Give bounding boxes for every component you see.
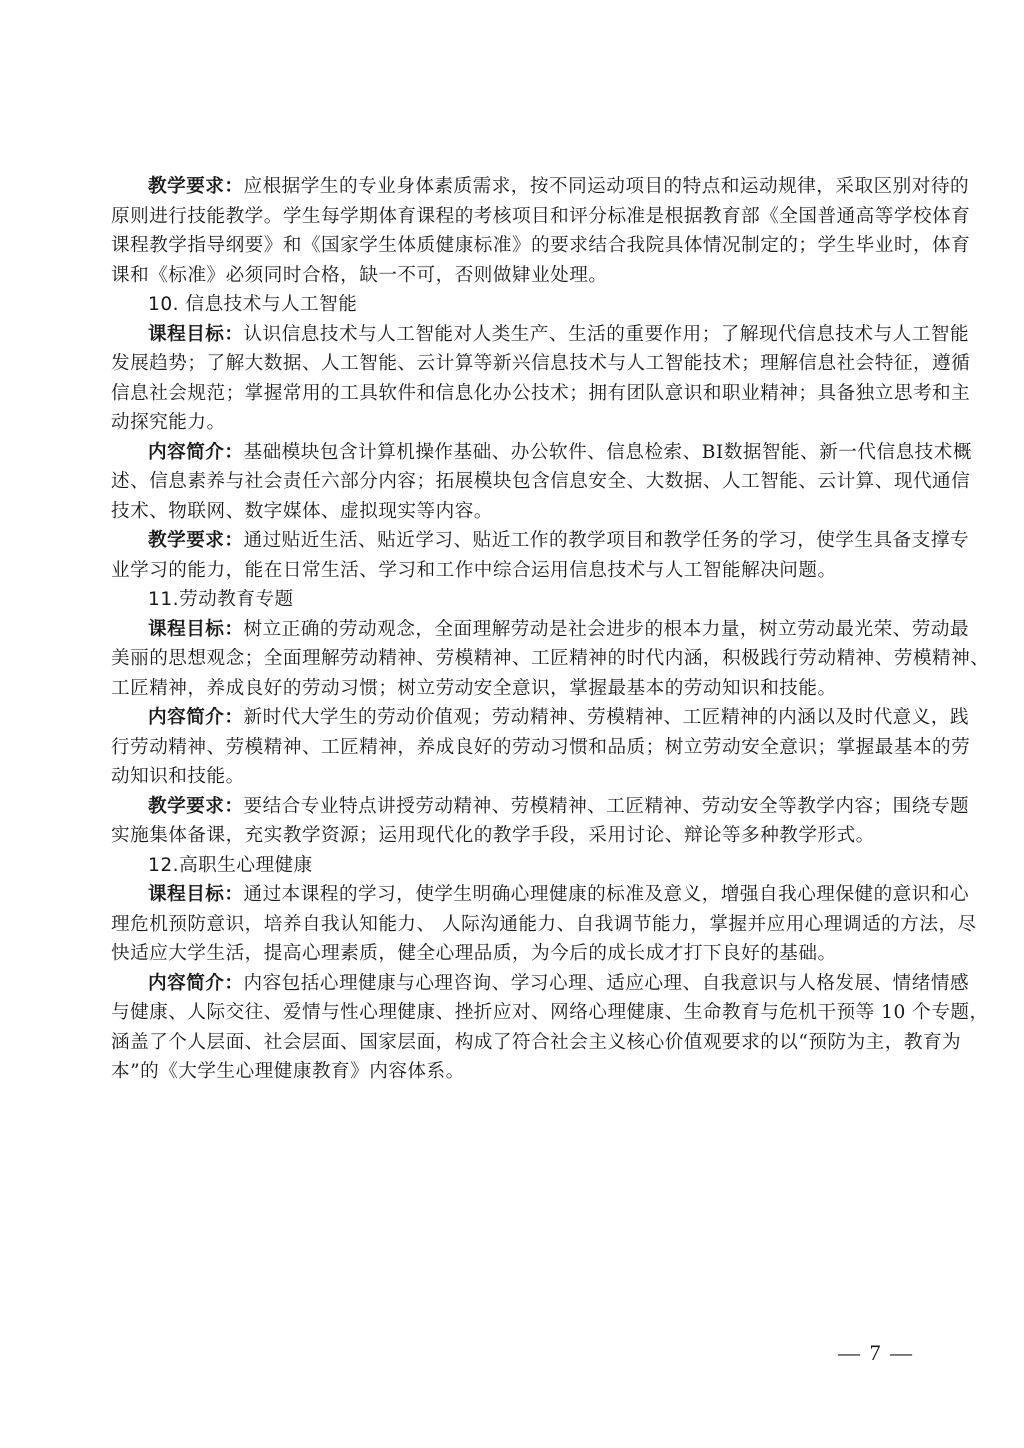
paragraph-line: 涵盖了个人层面、社会层面、国家层面，构成了符合社会主义核心价值观要求的以“预防为… [111, 1028, 909, 1058]
paragraph-line: 理危机预防意识，培养自我认知能力、 人际沟通能力、自我调节能力，掌握并应用心理调… [111, 910, 909, 940]
paragraph-line: 动知识和技能。 [111, 762, 909, 792]
document-body: 教学要求：应根据学生的专业身体素质需求，按不同运动项目的特点和运动规律，采取区别… [111, 172, 909, 1087]
paragraph-line: 信息社会规范；掌握常用的工具软件和信息化办公技术；拥有团队意识和职业精神；具备独… [111, 379, 909, 409]
paragraph-line: 内容简介：新时代大学生的劳动价值观；劳动精神、劳模精神、工匠精神的内涵以及时代意… [111, 703, 909, 733]
paragraph-line: 发展趋势；了解大数据、人工智能、云计算等新兴信息技术与人工智能技术；理解信息社会… [111, 349, 909, 379]
field-label: 内容简介： [148, 707, 243, 728]
paragraph-line: 动探究能力。 [111, 408, 909, 438]
paragraph-line: 本”的《大学生心理健康教育》内容体系。 [111, 1057, 909, 1087]
field-label: 教学要求： [148, 530, 243, 551]
field-label: 内容简介： [148, 442, 243, 463]
field-label: 课程目标： [148, 619, 243, 640]
paragraph-line: 实施集体备课，充实教学资源；运用现代化的教学手段，采用讨论、辩论等多种教学形式。 [111, 821, 909, 851]
section-heading-11: 11.劳动教育专题 [111, 585, 909, 615]
section-heading-10: 10. 信息技术与人工智能 [111, 290, 909, 320]
paragraph-line: 教学要求：要结合专业特点讲授劳动精神、劳模精神、工匠精神、劳动安全等教学内容；围… [111, 792, 909, 822]
field-label: 课程目标： [148, 884, 243, 905]
paragraph-line: 课程教学指导纲要》和《国家学生体质健康标准》的要求结合我院具体情况制定的；学生毕… [111, 231, 909, 261]
paragraph-line: 业学习的能力，能在日常生活、学习和工作中综合运用信息技术与人工智能解决问题。 [111, 556, 909, 586]
paragraph-line: 内容简介：基础模块包含计算机操作基础、办公软件、信息检索、BI数据智能、新一代信… [111, 438, 909, 468]
paragraph-line: 工匠精神，养成良好的劳动习惯；树立劳动安全意识，掌握最基本的劳动知识和技能。 [111, 674, 909, 704]
field-label: 教学要求： [148, 176, 243, 197]
paragraph-line: 快适应大学生活，提高心理素质，健全心理品质，为今后的成长成才打下良好的基础。 [111, 939, 909, 969]
field-label: 内容简介： [148, 973, 243, 994]
paragraph-line: 课程目标：通过本课程的学习，使学生明确心理健康的标准及意义，增强自我心理保健的意… [111, 880, 909, 910]
paragraph-line: 与健康、人际交往、爱情与性心理健康、挫折应对、网络心理健康、生命教育与危机干预等… [111, 998, 909, 1028]
paragraph-line: 课程目标：树立正确的劳动观念，全面理解劳动是社会进步的根本力量，树立劳动最光荣、… [111, 615, 909, 645]
paragraph-line: 述、信息素养与社会责任六部分内容；拓展模块包含信息安全、大数据、人工智能、云计算… [111, 467, 909, 497]
paragraph-line: 技术、物联网、数字媒体、虚拟现实等内容。 [111, 497, 909, 527]
field-label: 教学要求： [148, 796, 243, 817]
paragraph-line: 课和《标准》必须同时合格，缺一不可，否则做肄业处理。 [111, 261, 909, 291]
paragraph-line: 原则进行技能教学。学生每学期体育课程的考核项目和评分标准是根据教育部《全国普通高… [111, 202, 909, 232]
page-number: — 7 — [838, 1340, 914, 1366]
paragraph-line: 行劳动精神、劳模精神、工匠精神，养成良好的劳动习惯和品质；树立劳动安全意识；掌握… [111, 733, 909, 763]
paragraph-line: 课程目标：认识信息技术与人工智能对人类生产、生活的重要作用；了解现代信息技术与人… [111, 320, 909, 350]
field-label: 课程目标： [148, 324, 243, 345]
section-heading-12: 12.高职生心理健康 [111, 851, 909, 881]
paragraph-line: 教学要求：通过贴近生活、贴近学习、贴近工作的教学项目和教学任务的学习，使学生具备… [111, 526, 909, 556]
paragraph-line: 内容简介：内容包括心理健康与心理咨询、学习心理、适应心理、自我意识与人格发展、情… [111, 969, 909, 999]
paragraph-line: 教学要求：应根据学生的专业身体素质需求，按不同运动项目的特点和运动规律，采取区别… [111, 172, 909, 202]
paragraph-line: 美丽的思想观念；全面理解劳动精神、劳模精神、工匠精神的时代内涵，积极践行劳动精神… [111, 644, 909, 674]
